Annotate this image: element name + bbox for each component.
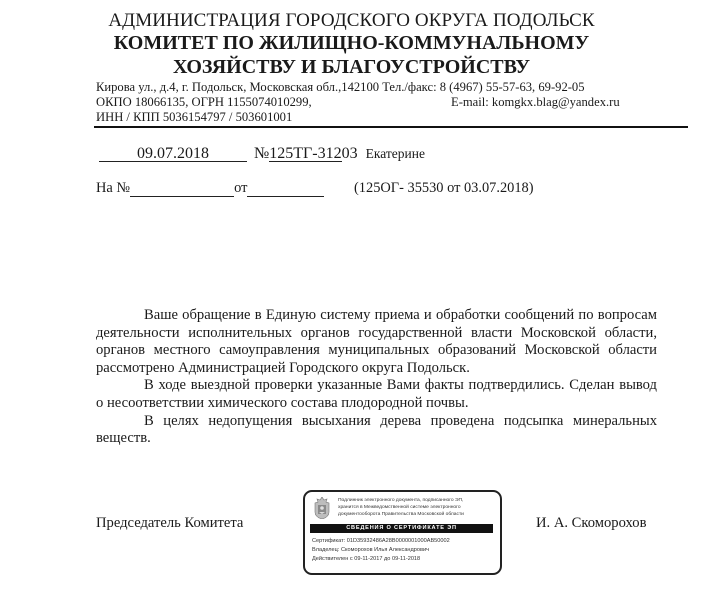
number-sign: № [254, 145, 269, 162]
letterhead-inn-kpp: ИНН / КПП 5036154797 / 503601001 [96, 110, 292, 125]
stamp-header: СВЕДЕНИЯ О СЕРТИФИКАТЕ ЭП [310, 524, 493, 533]
reference-date-blank [247, 181, 324, 197]
letterhead-committee-line1: КОМИТЕТ ПО ЖИЛИЩНО-КОММУНАЛЬНОМУ [0, 32, 703, 55]
outgoing-number: 125ТГ-312 [269, 146, 341, 162]
electronic-signature-stamp: Подлинник электронного документа, подпис… [303, 490, 502, 575]
stamp-note: Подлинник электронного документа, подпис… [338, 497, 464, 518]
stamp-certificate: Сертификат: 01D35932486A28B0000001000AB5… [312, 538, 450, 544]
stamp-note-line: документооборота Правительства Московско… [338, 511, 464, 518]
body-paragraph: В ходе выездной проверки указанные Вами … [96, 377, 657, 412]
stamp-owner: Владелец: Скоморохов Илья Александрович [312, 547, 429, 553]
letterhead-email: E-mail: komgkx.blag@yandex.ru [451, 95, 620, 110]
letterhead-administration: АДМИНИСТРАЦИЯ ГОРОДСКОГО ОКРУГА ПОДОЛЬСК [0, 10, 703, 32]
outgoing-date: 09.07.2018 [99, 146, 247, 162]
incoming-reference: (125ОГ- 35530 от 03.07.2018) [354, 180, 534, 196]
outgoing-line: 09.07.2018 №125ТГ-31203 Екатерине [99, 145, 425, 163]
stamp-note-line: Подлинник электронного документа, подпис… [338, 497, 464, 504]
reference-na-label: На № [96, 180, 130, 196]
body-paragraph: Ваше обращение в Единую систему приема и… [96, 307, 657, 377]
stamp-validity: Действителен с 09-11-2017 до 09-11-2018 [312, 556, 420, 562]
reference-number-blank [130, 181, 234, 197]
letter-body: Ваше обращение в Единую систему приема и… [96, 307, 657, 448]
letterhead-address: Кирова ул., д.4, г. Подольск, Московская… [96, 80, 585, 95]
letterhead-committee-line2: ХОЗЯЙСТВУ И БЛАГОУСТРОЙСТВУ [0, 56, 703, 79]
stamp-note-line: хранится в Межведомственной системе элек… [338, 504, 464, 511]
letterhead-okpo-ogrn: ОКПО 18066135, ОГРН 1155074010299, [96, 95, 312, 110]
outgoing-number-suffix: 03 [342, 145, 358, 162]
letterhead-divider [94, 126, 688, 128]
body-paragraph: В целях недопущения высыхания дерева про… [96, 413, 657, 448]
signatory-name: И. А. Скоморохов [536, 515, 646, 532]
addressee: Екатерине [366, 146, 425, 161]
reference-ot-label: от [234, 180, 247, 196]
coat-of-arms-icon [313, 497, 331, 519]
signatory-position: Председатель Комитета [96, 515, 243, 532]
reference-line: На № от (125ОГ- 35530 от 03.07.2018) [96, 180, 534, 197]
